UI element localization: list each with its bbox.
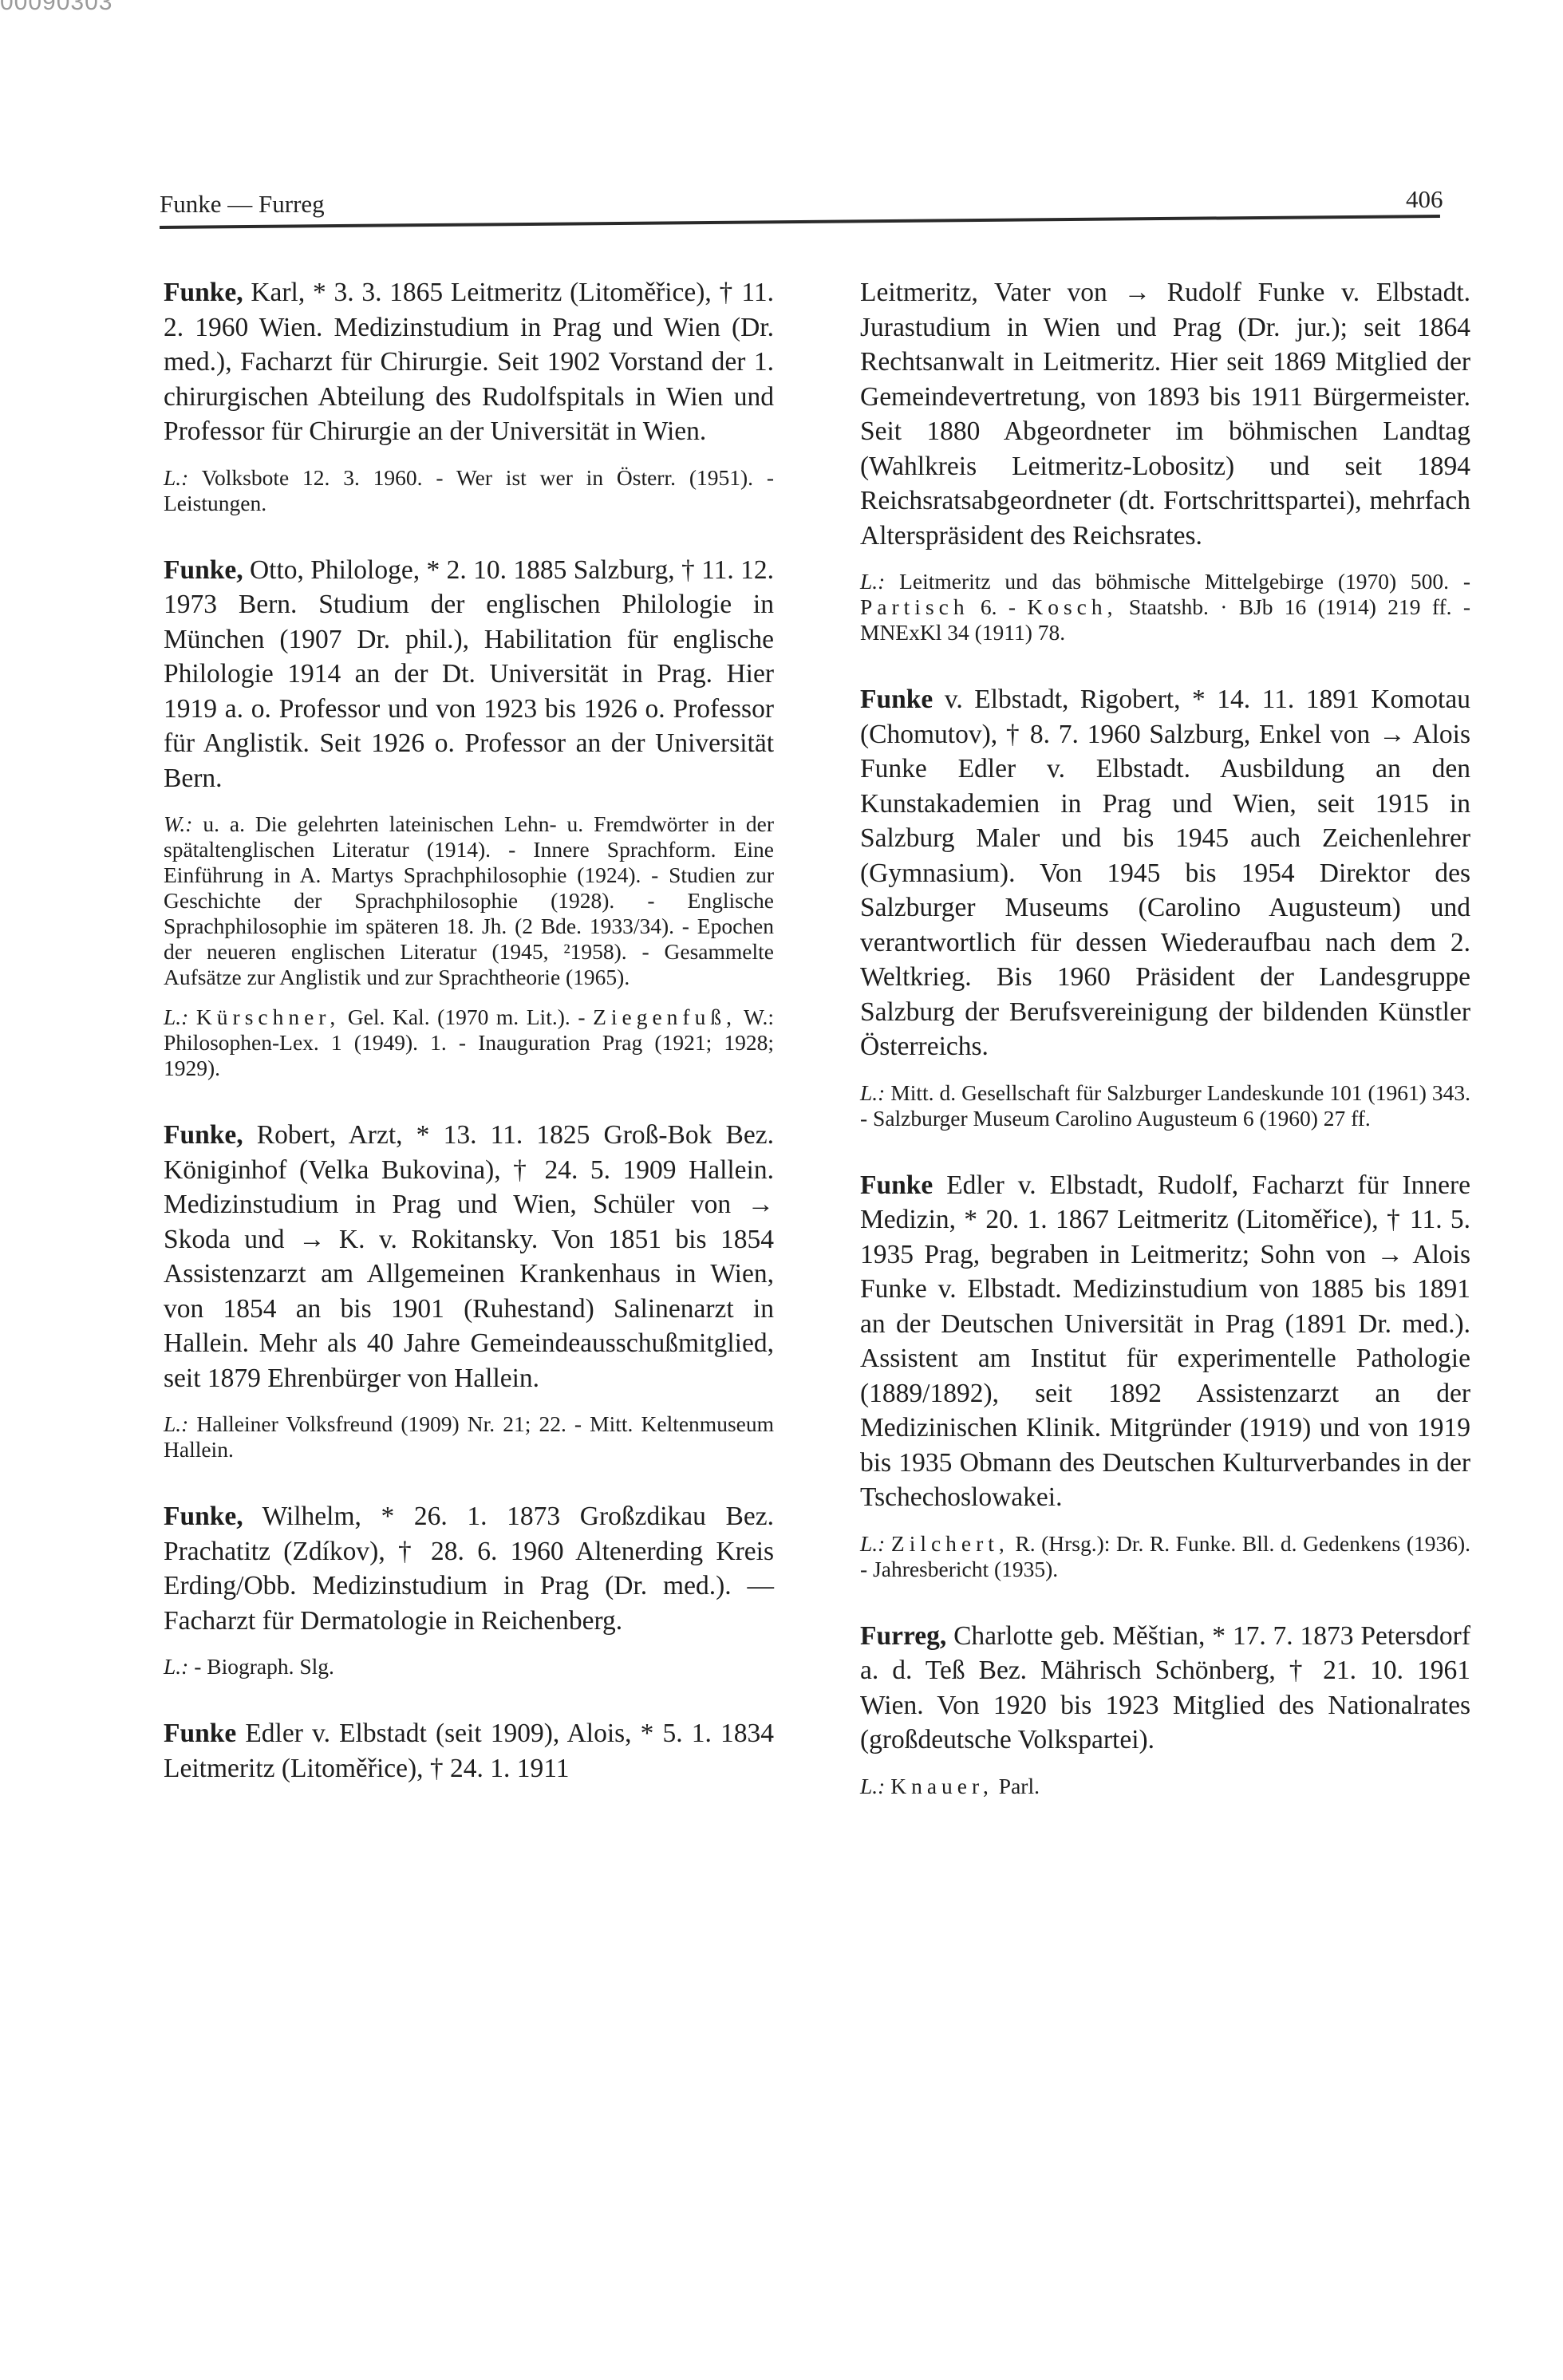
literature: L.: Leitmeritz und das böhmische Mittelg… (860, 569, 1470, 645)
scan-identifier: 00090303 (0, 0, 112, 16)
literature-author: Kosch, (1027, 594, 1117, 619)
literature: L.: Halleiner Volksfreund (1909) Nr. 21;… (164, 1411, 774, 1462)
literature: L.: Zilchert, R. (Hrsg.): Dr. R. Funke. … (860, 1531, 1470, 1582)
entry-body: Otto, Philologe, * 2. 10. 1885 Salzburg,… (164, 555, 774, 793)
literature-author: Knauer, (890, 1774, 993, 1798)
entry-funke-otto: Funke, Otto, Philologe, * 2. 10. 1885 Sa… (164, 553, 774, 1082)
headword: Funke, (164, 1120, 243, 1150)
entry-text: Funke, Otto, Philologe, * 2. 10. 1885 Sa… (164, 553, 774, 796)
entry-text: Funke, Karl, * 3. 3. 1865 Leitmeritz (Li… (164, 275, 774, 449)
literature-label: L.: (164, 1411, 188, 1436)
right-column: Leitmeritz, Vater von → Rudolf Funke v. … (860, 275, 1470, 1836)
entry-funke-alois-continued: Leitmeritz, Vater von → Rudolf Funke v. … (860, 275, 1470, 645)
literature: L.: Kürschner, Gel. Kal. (1970 m. Lit.).… (164, 1004, 774, 1081)
literature-text: Leitmeritz und das böhmische Mittelgebir… (885, 569, 1470, 594)
page-number: 406 (1406, 185, 1443, 214)
literature-label: L.: (860, 1531, 885, 1556)
literature-text: Mitt. d. Gesellschaft für Salzburger Lan… (860, 1080, 1470, 1131)
headword: Furreg, (860, 1621, 946, 1651)
entry-body: Karl, * 3. 3. 1865 Leitmeritz (Litoměřic… (164, 278, 774, 446)
literature: L.: - Biograph. Slg. (164, 1654, 774, 1679)
entry-body: Leitmeritz, Vater von → Rudolf Funke v. … (860, 275, 1470, 553)
entry-funke-rigobert: Funke v. Elbstadt, Rigobert, * 14. 11. 1… (860, 682, 1470, 1131)
literature-label: L.: (164, 465, 188, 490)
literature-label: L.: (860, 569, 885, 594)
headword: Funke, (164, 278, 243, 307)
left-column: Funke, Karl, * 3. 3. 1865 Leitmeritz (Li… (164, 275, 774, 1822)
literature-author: Ziegenfuß, (593, 1004, 736, 1029)
headword: Funke, (164, 1502, 243, 1531)
entry-furreg-charlotte: Furreg, Charlotte geb. Měštian, * 17. 7.… (860, 1619, 1470, 1799)
works-text: u. a. Die gelehrten lateinischen Lehn- u… (164, 811, 774, 989)
entry-body: Charlotte geb. Měštian, * 17. 7. 1873 Pe… (860, 1621, 1470, 1755)
entry-text: Funke, Robert, Arzt, * 13. 11. 1825 Groß… (164, 1118, 774, 1395)
literature-text: Parl. (993, 1774, 1040, 1798)
literature-text: Gel. Kal. (1970 m. Lit.). - (340, 1004, 593, 1029)
entry-funke-karl: Funke, Karl, * 3. 3. 1865 Leitmeritz (Li… (164, 275, 774, 516)
literature-label: L.: (164, 1004, 188, 1029)
entry-text: Funke, Wilhelm, * 26. 1. 1873 Großzdikau… (164, 1499, 774, 1638)
works-label: W.: (164, 811, 192, 836)
entry-text: Funke Edler v. Elbstadt (seit 1909), Alo… (164, 1716, 774, 1786)
literature-text: Halleiner Volksfreund (1909) Nr. 21; 22.… (164, 1411, 774, 1462)
entry-funke-alois: Funke Edler v. Elbstadt (seit 1909), Alo… (164, 1716, 774, 1786)
literature-author: Partisch (860, 594, 969, 619)
literature-label: L.: (860, 1774, 885, 1798)
literature: L.: Knauer, Parl. (860, 1774, 1470, 1799)
headword: Funke (860, 1170, 933, 1200)
headword: Funke (860, 685, 933, 714)
entry-funke-robert: Funke, Robert, Arzt, * 13. 11. 1825 Groß… (164, 1118, 774, 1462)
entry-body: Edler v. Elbstadt (seit 1909), Alois, * … (164, 1719, 774, 1783)
header-rule (160, 215, 1440, 229)
running-head: Funke — Furreg (160, 190, 325, 219)
entry-body: Edler v. Elbstadt, Rudolf, Facharzt für … (860, 1170, 1470, 1513)
works: W.: u. a. Die gelehrten lateinischen Leh… (164, 811, 774, 990)
entry-funke-rudolf: Funke Edler v. Elbstadt, Rudolf, Facharz… (860, 1168, 1470, 1582)
literature-text: - Biograph. Slg. (188, 1654, 334, 1679)
entry-text: Funke Edler v. Elbstadt, Rudolf, Facharz… (860, 1168, 1470, 1515)
headword: Funke, (164, 555, 243, 585)
literature-text: Volksbote 12. 3. 1960. - Wer ist wer in … (164, 465, 774, 515)
literature-label: L.: (164, 1654, 188, 1679)
entry-body: v. Elbstadt, Rigobert, * 14. 11. 1891 Ko… (860, 685, 1470, 1061)
literature: L.: Volksbote 12. 3. 1960. - Wer ist wer… (164, 465, 774, 516)
literature-label: L.: (860, 1080, 885, 1105)
headword: Funke (164, 1719, 236, 1748)
literature-author: Zilchert, (891, 1531, 1009, 1556)
literature: L.: Mitt. d. Gesellschaft für Salzburger… (860, 1080, 1470, 1131)
entry-body: Wilhelm, * 26. 1. 1873 Großzdikau Bez. P… (164, 1502, 774, 1636)
entry-text: Funke v. Elbstadt, Rigobert, * 14. 11. 1… (860, 682, 1470, 1064)
entry-funke-wilhelm: Funke, Wilhelm, * 26. 1. 1873 Großzdikau… (164, 1499, 774, 1679)
entry-text: Furreg, Charlotte geb. Měštian, * 17. 7.… (860, 1619, 1470, 1758)
entry-body: Robert, Arzt, * 13. 11. 1825 Groß-Bok Be… (164, 1120, 774, 1393)
literature-author: Kürschner, (196, 1004, 340, 1029)
literature-text: 6. - (969, 594, 1028, 619)
